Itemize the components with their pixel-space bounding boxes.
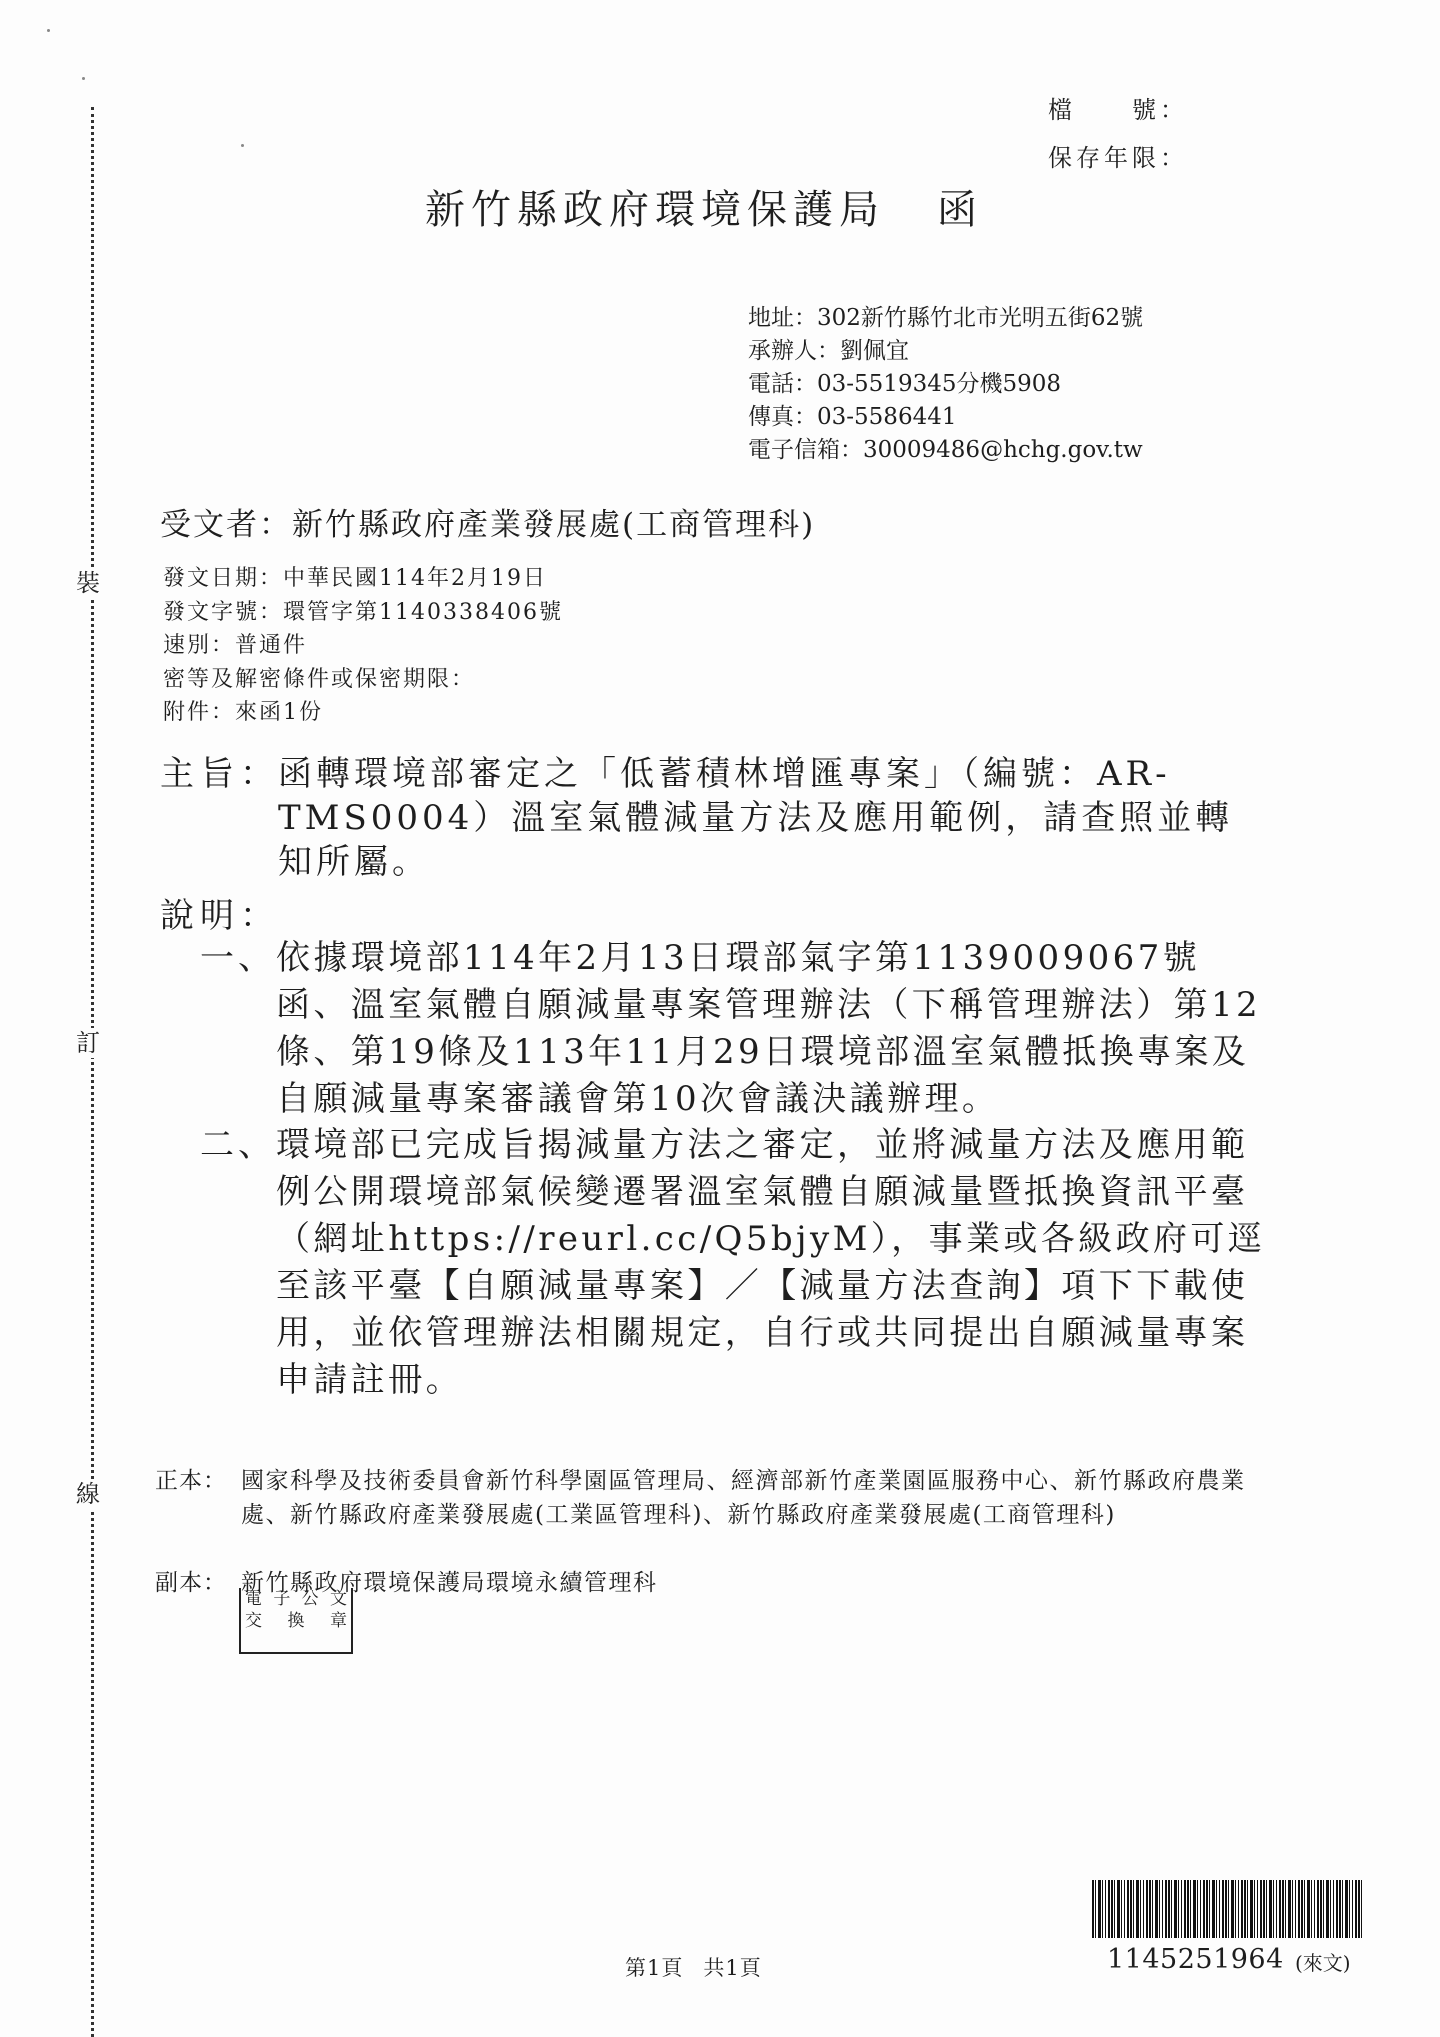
confidentiality: 密等及解密條件或保密期限： <box>163 663 563 697</box>
electronic-exchange-stamp: 電 子 公 文 交 換 章 <box>239 1588 353 1654</box>
email: 電子信箱：30009486@hchg.gov.tw <box>748 434 1143 467</box>
page-total: 共1頁 <box>703 1956 761 1980</box>
binding-dotted-line <box>91 107 94 2037</box>
phone: 電話：03-5519345分機5908 <box>748 368 1143 401</box>
scan-speck <box>47 29 50 32</box>
document-title: 新竹縣政府環境保護局函 <box>425 178 983 235</box>
retention-period-label: 保存年限： <box>1048 138 1188 173</box>
document-page: 裝 訂 線 檔 號： 保存年限： 新竹縣政府環境保護局函 地址：302新竹縣竹北… <box>0 0 1440 2037</box>
item-text: 依據環境部114年2月13日環部氣字第1139009067號函、溫室氣體自願減量… <box>276 935 1270 1123</box>
copy-list: 新竹縣政府環境保護局環境永續管理科 <box>241 1566 1271 1600</box>
original-label: 正本： <box>155 1464 227 1498</box>
stamp-char: 公 <box>302 1588 319 1610</box>
recipient: 受文者：新竹縣政府產業發展處(工商管理科) <box>160 499 815 544</box>
subject-body: 函轉環境部審定之「低蓄積林增匯專案」（編號：AR-TMS0004）溫室氣體減量方… <box>278 752 1268 884</box>
speed-class: 速別：普通件 <box>163 629 563 663</box>
stamp-char: 換 <box>288 1610 305 1632</box>
item-text: 環境部已完成旨揭減量方法之審定，並將減量方法及應用範例公開環境部氣候變遷署溫室氣… <box>276 1122 1270 1404</box>
page-indicator: 第1頁共1頁 <box>625 1952 762 1982</box>
address: 地址：302新竹縣竹北市光明五街62號 <box>748 302 1143 335</box>
stamp-char: 子 <box>273 1588 290 1610</box>
fax: 傳真：03-5586441 <box>748 401 1143 434</box>
binding-mark-zhuang: 裝 <box>76 568 100 598</box>
subject-label: 主旨： <box>160 752 280 796</box>
stamp-char: 交 <box>245 1610 262 1632</box>
explanation-label: 說明： <box>160 888 280 937</box>
binding-mark-xian: 線 <box>76 1479 100 1509</box>
barcode-number: 1145251964 <box>1107 1944 1284 1975</box>
item-number: 二、 <box>200 1122 276 1169</box>
scan-speck <box>82 77 85 80</box>
page-current: 第1頁 <box>625 1956 683 1980</box>
attachment: 附件：來函1份 <box>163 696 563 730</box>
document-type: 函 <box>937 187 983 233</box>
barcode-icon <box>1092 1880 1362 1938</box>
stamp-char: 章 <box>330 1610 347 1632</box>
dispatch-number: 發文字號：環管字第1140338406號 <box>163 596 563 630</box>
item-number: 一、 <box>200 935 276 982</box>
barcode-tag: (來文) <box>1295 1947 1351 1976</box>
stamp-char: 文 <box>330 1588 347 1610</box>
dispatch-meta: 發文日期：中華民國114年2月19日 發文字號：環管字第1140338406號 … <box>163 562 563 730</box>
stamp-char: 電 <box>245 1588 262 1610</box>
contact-block: 地址：302新竹縣竹北市光明五街62號 承辦人：劉佩宜 電話：03-551934… <box>748 302 1143 467</box>
agency-name: 新竹縣政府環境保護局 <box>425 187 885 233</box>
dispatch-date: 發文日期：中華民國114年2月19日 <box>163 562 563 596</box>
copy-label: 副本： <box>155 1566 227 1600</box>
binding-mark-ding: 訂 <box>76 1028 100 1058</box>
scan-speck <box>241 144 244 147</box>
original-list: 國家科學及技術委員會新竹科學園區管理局、經濟部新竹產業園區服務中心、新竹縣政府農… <box>241 1464 1271 1532</box>
file-number-label: 檔 號： <box>1048 90 1188 125</box>
handler: 承辦人：劉佩宜 <box>748 335 1143 368</box>
